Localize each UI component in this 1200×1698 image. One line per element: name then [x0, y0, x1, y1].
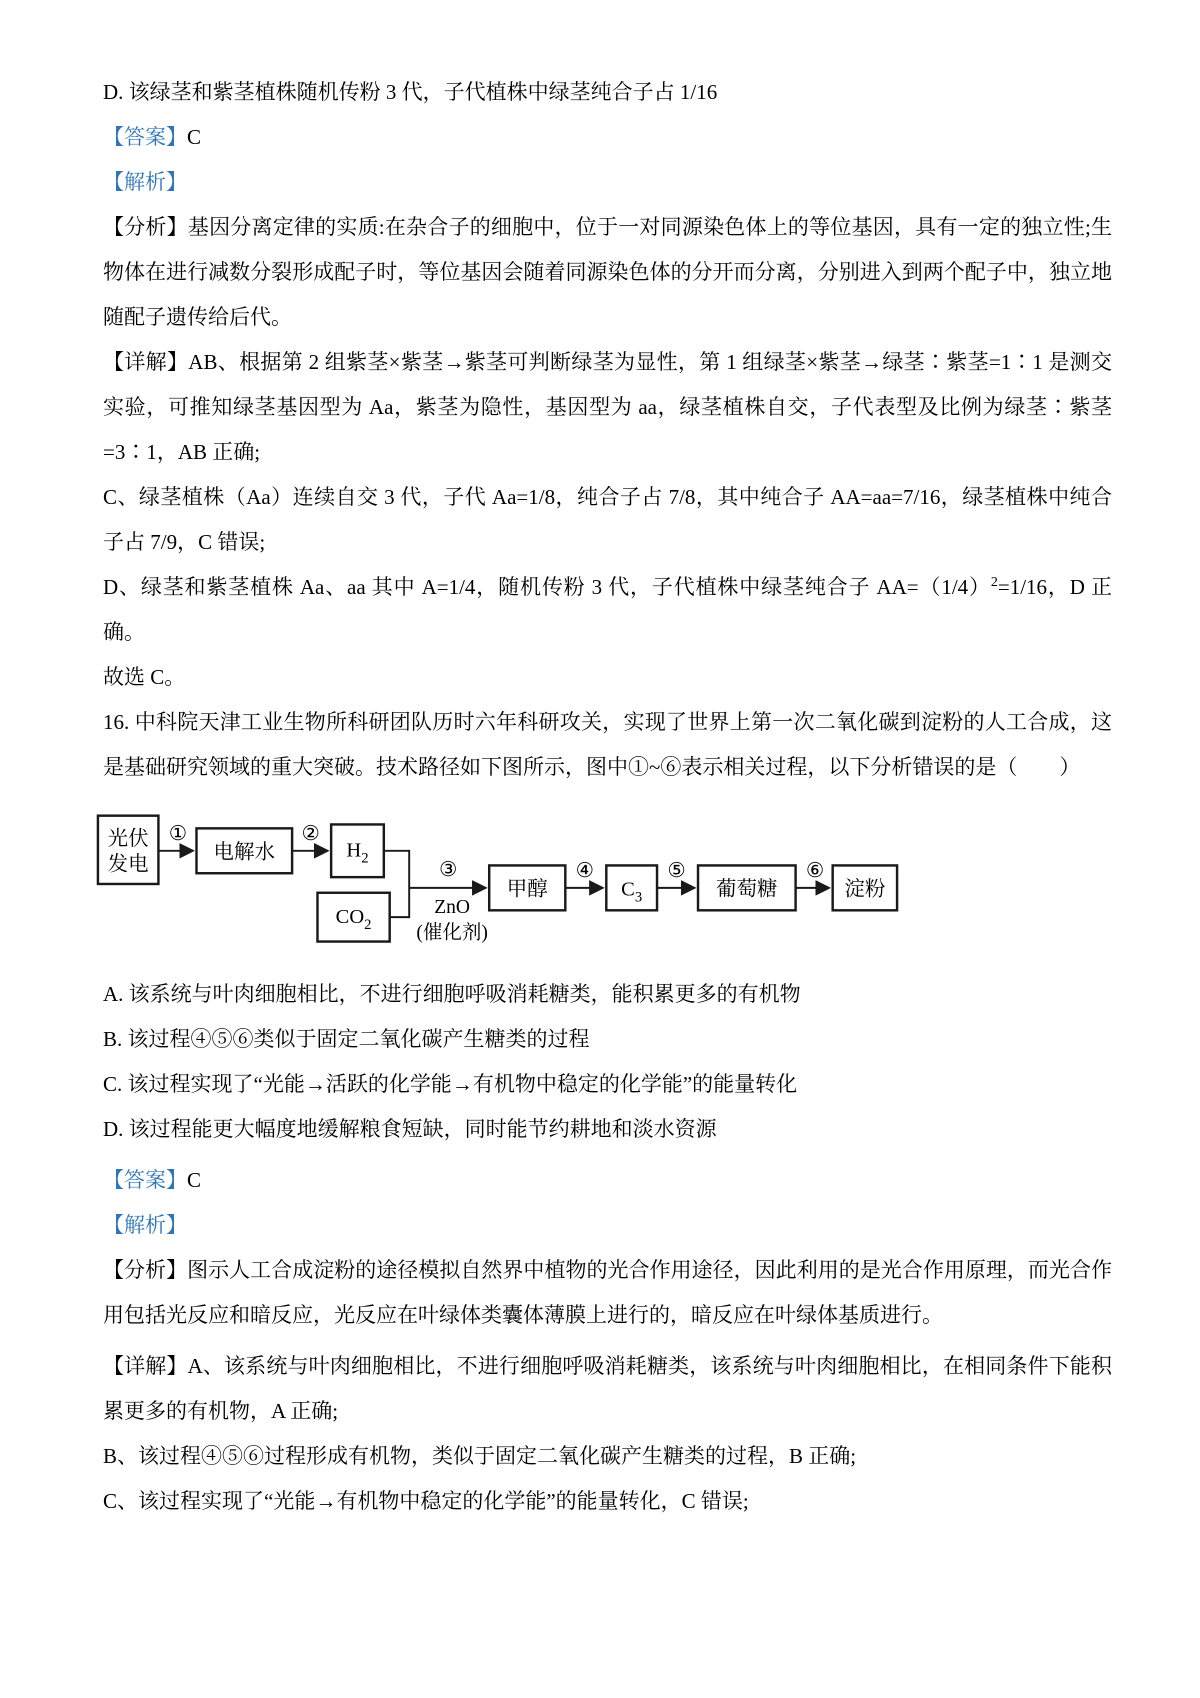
q16-answer-value: C [187, 1168, 201, 1192]
q15-answer-value: C [187, 125, 201, 149]
catalyst-label-name: (催化剂) [416, 922, 488, 944]
photovoltaic-label-line1: 光伏 [108, 827, 149, 850]
q15-xiangjie-d-pre: D、绿茎和紫茎植株 Aa、aa 其中 A=1/4，随机传粉 3 代，子代植株中绿… [103, 575, 991, 599]
q16-option-d: D. 该过程能更大幅度地缓解粮食短缺，同时能节约耕地和淡水资源 [103, 1107, 1112, 1152]
q16-flow-diagram: 光伏 发电 ① 电解水 ② H2 CO2 ③ ZnO [95, 804, 1112, 962]
q15-option-d: D. 该绿茎和紫茎植株随机传粉 3 代，子代植株中绿茎纯合子占 1/16 [103, 70, 1112, 115]
starch-label: 淀粉 [844, 878, 885, 901]
step-6-label: ⑥ [806, 860, 824, 882]
jiexi-label: 【解析】 [103, 1213, 187, 1237]
q15-xiangjie-ab-paragraph: 【详解】AB、根据第 2 组紫茎×紫茎→紫茎可判断绿茎为显性，第 1 组绿茎×紫… [103, 340, 1112, 475]
document-page: D. 该绿茎和紫茎植株随机传粉 3 代，子代植株中绿茎纯合子占 1/16 【答案… [0, 0, 1200, 1698]
q16-fenxi-paragraph: 【分析】图示人工合成淀粉的途径模拟自然界中植物的光合作用途径，因此利用的是光合作… [103, 1248, 1112, 1338]
step-4-label: ④ [576, 860, 594, 882]
q16-xiangjie-c-paragraph: C、该过程实现了“光能→有机物中稳定的化学能”的能量转化，C 错误; [103, 1479, 1112, 1524]
answer-label: 【答案】 [103, 125, 187, 149]
step-2-label: ② [301, 823, 319, 845]
q16-xiangjie-b-paragraph: B、该过程④⑤⑥过程形成有机物，类似于固定二氧化碳产生糖类的过程，B 正确; [103, 1434, 1112, 1479]
catalyst-label-zno: ZnO [434, 897, 470, 918]
exponent: 2 [991, 575, 998, 590]
q15-jiexi-line: 【解析】 [103, 160, 1112, 205]
electrolysis-label: 电解水 [214, 841, 275, 864]
q16-xiangjie-a-paragraph: 【详解】A、该系统与叶肉细胞相比，不进行细胞呼吸消耗糖类，该系统与叶肉细胞相比，… [103, 1344, 1112, 1434]
q16-option-c: C. 该过程实现了“光能→活跃的化学能→有机物中稳定的化学能”的能量转化 [103, 1062, 1112, 1107]
q15-conclusion: 故选 C。 [103, 655, 1112, 700]
photovoltaic-label-line2: 发电 [108, 852, 149, 875]
q16-jiexi-line: 【解析】 [103, 1203, 1112, 1248]
jiexi-label: 【解析】 [103, 170, 187, 194]
q15-fenxi-paragraph: 【分析】基因分离定律的实质:在杂合子的细胞中，位于一对同源染色体上的等位基因，具… [103, 205, 1112, 340]
methanol-label: 甲醇 [507, 878, 548, 901]
q15-xiangjie-c-paragraph: C、绿茎植株（Aa）连续自交 3 代，子代 Aa=1/8，纯合子占 7/8，其中… [103, 475, 1112, 565]
q16-option-a: A. 该系统与叶肉细胞相比，不进行细胞呼吸消耗糖类，能积累更多的有机物 [103, 972, 1112, 1017]
answer-label: 【答案】 [103, 1168, 187, 1192]
q15-xiangjie-d-paragraph: D、绿茎和紫茎植株 Aa、aa 其中 A=1/4，随机传粉 3 代，子代植株中绿… [103, 565, 1112, 655]
q16-answer-line: 【答案】C [103, 1158, 1112, 1203]
q16-option-b: B. 该过程④⑤⑥类似于固定二氧化碳产生糖类的过程 [103, 1017, 1112, 1062]
step-5-label: ⑤ [667, 860, 685, 882]
glucose-label: 葡萄糖 [716, 878, 777, 901]
flow-diagram-svg: 光伏 发电 ① 电解水 ② H2 CO2 ③ ZnO [95, 804, 900, 962]
q16-stem: 16. 中科院天津工业生物所科研团队历时六年科研攻关，实现了世界上第一次二氧化碳… [103, 700, 1112, 790]
q15-answer-line: 【答案】C [103, 115, 1112, 160]
step-3-label: ③ [439, 859, 457, 881]
step-1-label: ① [169, 823, 187, 845]
